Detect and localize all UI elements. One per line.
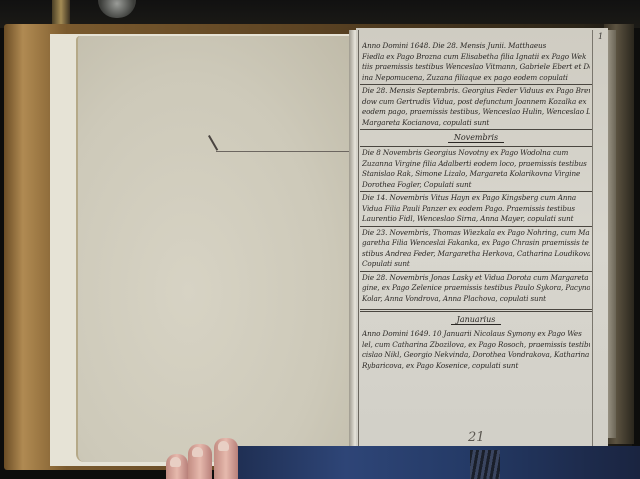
entry-line: Kolar, Anna Vondrova, Anna Plachova, cop… (362, 294, 590, 305)
entry-line: Zuzanna Virgine filia Adalberti eodem lo… (362, 159, 590, 170)
denim-background (220, 446, 640, 479)
entry-line: Die 28. Mensis Septembris. Georgius Fede… (362, 86, 590, 97)
entry-line: Anno Domini 1649. 10 Januarii Nicolaus S… (362, 329, 590, 340)
entry-line: stibus Andrea Feder, Margaretha Herkova,… (362, 249, 590, 260)
entry-line: tiis praemissis testibus Wenceslao Vitma… (362, 62, 590, 73)
entry-line: gine, ex Pago Zelenice praemissis testib… (362, 283, 590, 294)
left-page (76, 36, 354, 462)
month-heading: Novembris (360, 130, 592, 147)
finger (166, 454, 188, 479)
pen-stroke (208, 135, 218, 151)
entry-line: ina Nepomucena, Zuzana filiaque ex pago … (362, 73, 590, 84)
entry-line: Stanislao Rak, Simone Lizalo, Margareta … (362, 169, 590, 180)
page-number: 1 (598, 32, 603, 41)
fingernail (170, 457, 181, 467)
entry-line: Laurentio Fidl, Wenceslao Sirna, Anna Ma… (362, 214, 590, 225)
right-margin-rule (592, 30, 593, 458)
entry-line: cislao Nikl, Georgio Nekvinda, Dorothea … (362, 350, 590, 361)
register-entries: Anno Domini 1648. Die 28. Mensis Junii. … (360, 40, 592, 372)
entry-line: Die 14. Novembris Vitus Hayn ex Pago Kin… (362, 193, 590, 204)
wooden-object (52, 0, 70, 24)
entry-spacer (362, 304, 590, 308)
fingernail (192, 447, 203, 457)
pen-rule (216, 151, 366, 152)
register-entry: Die 28. Mensis Septembris. Georgius Fede… (360, 85, 592, 130)
register-entry: Die 28. Novembris Jonas Lasky et Vidua D… (360, 272, 592, 313)
register-entry: Die 14. Novembris Vitus Hayn ex Pago Kin… (360, 192, 592, 227)
register-entry: Anno Domini 1648. Die 28. Mensis Junii. … (360, 40, 592, 85)
month-heading-text: Novembris (448, 133, 504, 143)
entry-line: dow cum Gertrudis Vidua, post defunctum … (362, 97, 590, 108)
month-heading-text: Januarius (451, 315, 502, 325)
entry-line: Anno Domini 1648. Die 28. Mensis Junii. … (362, 41, 590, 52)
register-entry: Die 8 Novembris Georgius Novotny ex Pago… (360, 147, 592, 192)
entry-line: Die 23. Novembris, Thomas Wiezkala ex Pa… (362, 228, 590, 239)
photo-scene: 1 Anno Domini 1648. Die 28. Mensis Junii… (0, 0, 640, 479)
entry-line: Vidua Filia Pauli Panzer ex eodem Pago. … (362, 204, 590, 215)
entry-line: Die 28. Novembris Jonas Lasky et Vidua D… (362, 273, 590, 284)
entry-line: garetha Filia Wenceslai Fakanka, ex Pago… (362, 238, 590, 249)
denim-seam (470, 450, 500, 479)
entry-line: eodem pago, praemissis testibus, Wencesl… (362, 107, 590, 118)
finger (214, 438, 238, 479)
month-heading: Januarius (360, 312, 592, 328)
entry-line: Margareta Kocianova, copulati sunt (362, 118, 590, 129)
folio-number: 21 (468, 430, 485, 445)
pen-mark (208, 136, 368, 154)
left-margin-rule (358, 30, 359, 460)
fingernail (218, 441, 229, 451)
register-entry: Anno Domini 1649. 10 Januarii Nicolaus S… (360, 328, 592, 372)
finger (188, 444, 212, 479)
entry-line: Rybaricova, ex Pago Kosenice, copulati s… (362, 361, 590, 372)
hand (166, 438, 246, 479)
entry-line: Fiedla ex Pago Brozna cum Elisabetha fil… (362, 52, 590, 63)
register-entry: Die 23. Novembris, Thomas Wiezkala ex Pa… (360, 227, 592, 272)
entry-line: lel, cum Catharina Zbozilova, ex Pago Ro… (362, 340, 590, 351)
entry-line: Copulati sunt (362, 259, 590, 270)
entry-line: Dorothea Fogler, Copulati sunt (362, 180, 590, 191)
entry-line: Die 8 Novembris Georgius Novotny ex Pago… (362, 148, 590, 159)
